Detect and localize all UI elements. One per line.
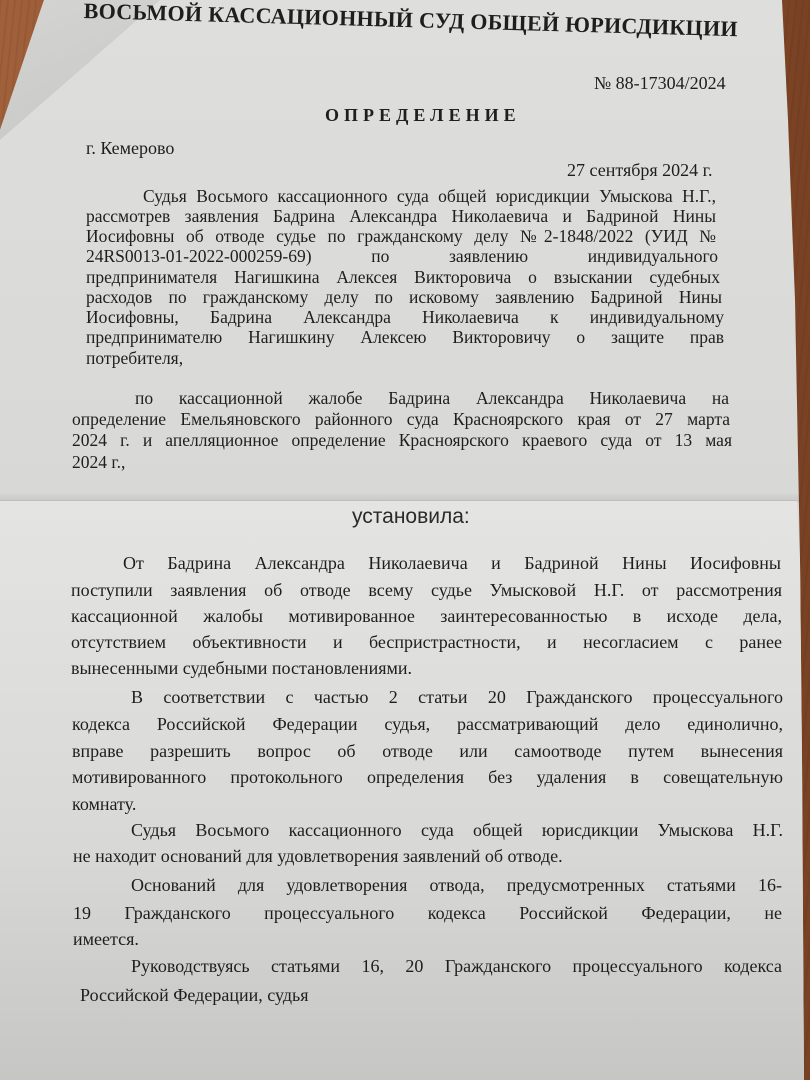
text-line: расходов по гражданскому делу по исковом… [86,287,722,308]
text-line: рассмотрев заявления Бадрина Александра … [86,206,716,227]
text-line: В соответствии с частью 2 статьи 20 Граж… [131,687,783,708]
document-date: 27 сентября 2024 г. [567,161,713,179]
text-line: 2024 г., [72,452,125,473]
text-line: по кассационной жалобе Бадрина Александр… [135,388,729,409]
text-line: От Бадрина Александра Николаевича и Бадр… [123,553,781,574]
text-line: мотивированного протокольного определени… [72,767,783,788]
document-title: ОПРЕДЕЛЕНИЕ [325,106,521,124]
city: г. Кемерово [86,139,174,157]
text-line: 2024 г. и апелляционное определение Крас… [72,430,732,451]
text-line: кассационной жалобы мотивированное заинт… [71,606,782,627]
text-line: предпринимателя Нагишкина Алексея Виктор… [86,267,720,288]
text-line: Руководствуясь статьями 16, 20 Гражданск… [131,956,782,977]
text-line: вправе разрешить вопрос об отводе или са… [72,741,783,762]
text-line: не находит оснований для удовлетворения … [73,846,563,867]
text-line: кодекса Российской Федерации судья, расс… [72,714,783,735]
text-line: имеется. [73,929,139,950]
text-line: комнату. [72,794,136,815]
court-name-header: ВОСЬМОЙ КАССАЦИОННЫЙ СУД ОБЩЕЙ ЮРИСДИКЦИ… [83,0,738,40]
text-line: Иосифовны об отводе судье по гражданском… [86,226,716,247]
text-line: Судья Восьмого кассационного суда общей … [131,820,783,841]
text-line: вынесенными судебными постановлениями. [71,658,412,679]
text-line: предпринимателю Нагишкину Алексею Виктор… [86,327,724,348]
text-line: 24RS0013-01-2022-000259-69) по заявлению… [86,246,718,267]
case-number: № 88-17304/2024 [594,74,726,92]
text-line: Иосифовны, Бадрина Александра Николаевич… [86,307,724,328]
text-line: поступили заявления об отводе всему судь… [71,580,782,601]
text-line: Судья Восьмого кассационного суда общей … [143,186,716,207]
text-line: потребителя, [86,348,183,369]
text-line: Российской Федерации, судья [80,985,308,1006]
text-line: отсутствием объективности и беспристраст… [71,632,782,653]
text-line: 19 Гражданского процессуального кодекса … [73,903,782,924]
text-line: Оснований для удовлетворения отвода, пре… [131,875,782,896]
text-line: определение Емельяновского районного суд… [72,409,730,430]
section-heading: установила: [352,505,470,529]
